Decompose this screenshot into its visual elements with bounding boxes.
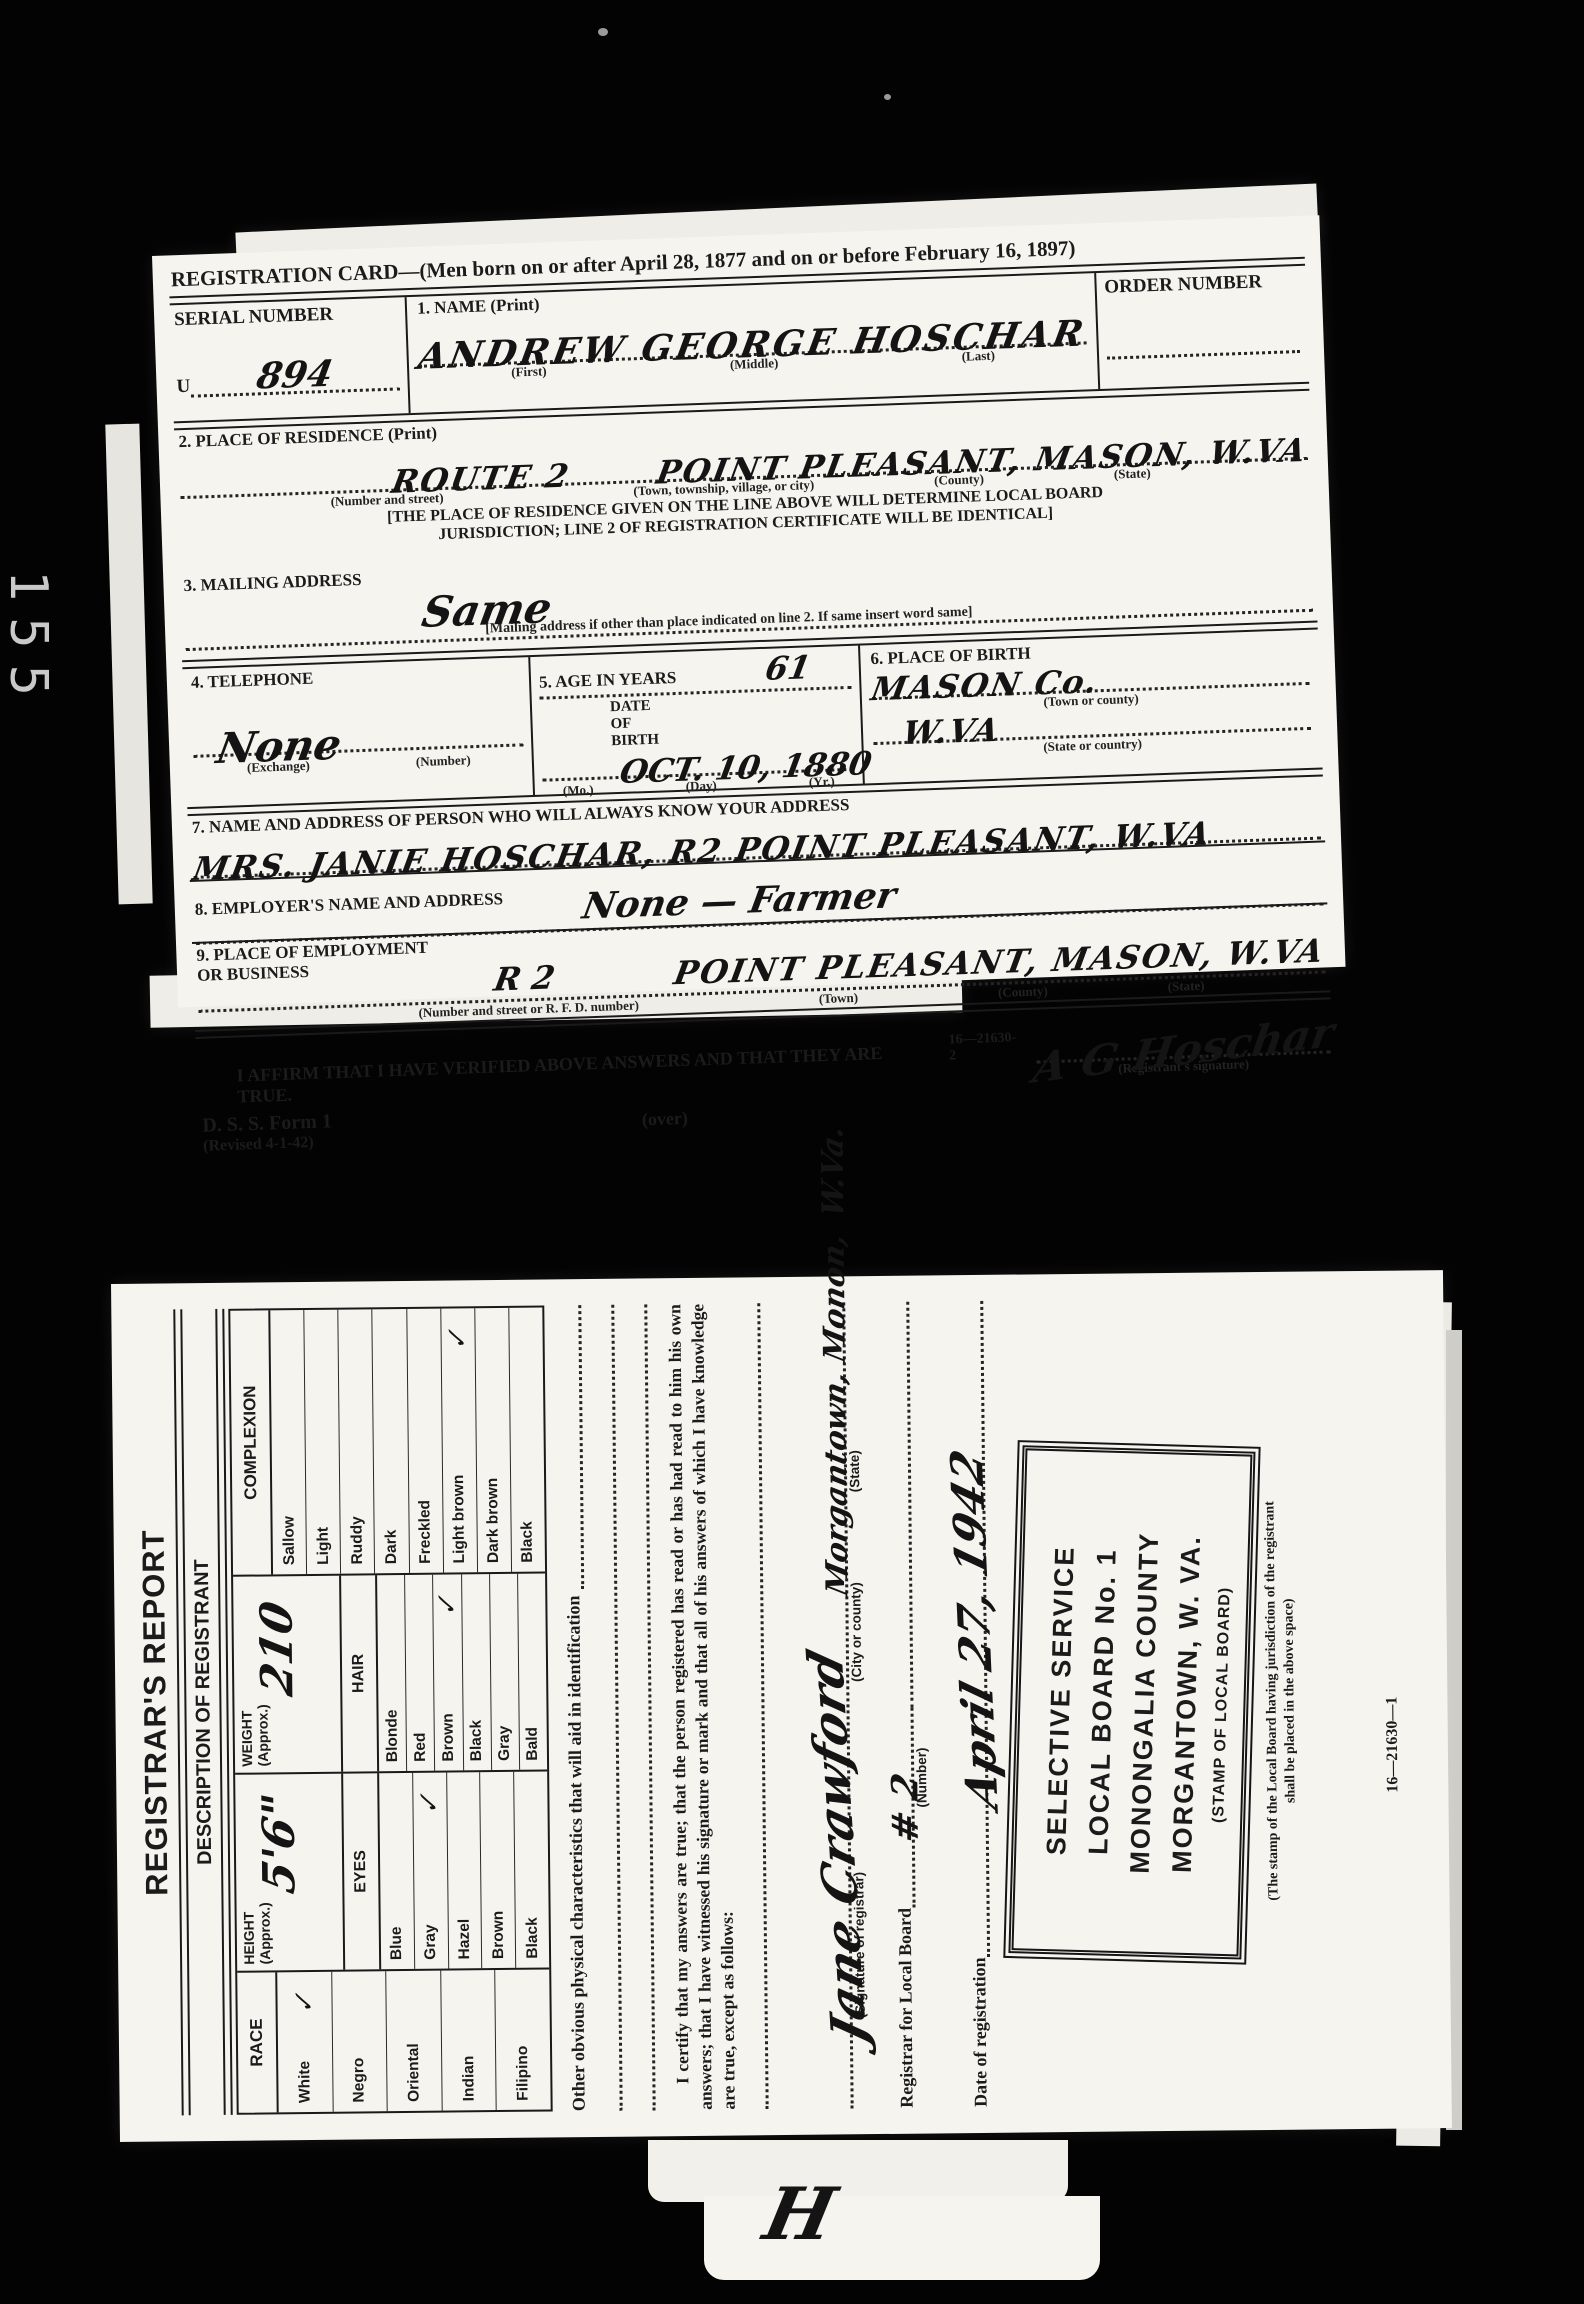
race-option-filipino: Filipino	[496, 1969, 551, 2110]
height-value: 5'6"	[257, 1790, 338, 1904]
race-option-white-check: ✓	[290, 1987, 318, 2015]
serial-number-label: SERIAL NUMBER	[174, 301, 398, 331]
front-form-code: 16—21630-2	[948, 1030, 1022, 1065]
complexion-column: COMPLEXION Sallow Light Ruddy Dark Freck…	[230, 1308, 545, 1577]
complexion-option-light: Light	[304, 1310, 341, 1574]
eyes-option-hazel: Hazel	[447, 1772, 483, 1968]
employment-sub-county: (County)	[998, 983, 1048, 1001]
eyes-option-gray-label: Gray	[422, 1924, 440, 1960]
birthplace-field: 6. PLACE OF BIRTH MASON Co. (Town or cou…	[860, 630, 1323, 784]
race-column: RACE White✓ Negro Oriental Indian Filipi…	[237, 1969, 550, 2112]
weight-hair-column: WEIGHT(Approx.) 210 HAIR Blonde Red Brow…	[233, 1574, 547, 1775]
eyes-option-hazel-label: Hazel	[456, 1919, 474, 1960]
race-option-oriental: Oriental	[386, 1971, 442, 2112]
eyes-option-blue: Blue	[379, 1773, 415, 1969]
name-value: ANDREW GEORGE HOSCHAR	[416, 315, 1089, 375]
complexion-option-light-brown-check: ✓	[444, 1323, 472, 1351]
film-speck	[884, 94, 891, 100]
complexion-option-sallow-label: Sallow	[280, 1516, 299, 1565]
serial-prefix: U	[176, 376, 190, 398]
hair-option-bald-label: Bald	[524, 1727, 542, 1761]
registrar-city: Morgantown, Monon,	[820, 1231, 854, 1598]
dob-label: DATE OF BIRTH	[610, 698, 660, 751]
telephone-value: None	[214, 724, 345, 771]
height-label: HEIGHT(Approx.)	[240, 1901, 339, 1964]
eyes-option-gray-check: ✓	[415, 1788, 443, 1816]
race-option-oriental-label: Oriental	[405, 2043, 424, 2102]
serial-value-line: 894	[189, 353, 400, 397]
registrar-signature-line: Jane Crawford Morgantown, Monon, W.Va.	[787, 1302, 854, 2109]
employment-street-value: R 2	[492, 961, 558, 995]
weight-sub: (Approx.)	[255, 1704, 272, 1766]
mailing-label: 3. MAILING ADDRESS	[183, 570, 362, 596]
mailing-value: Same	[419, 587, 555, 634]
age-dob-field: 5. AGE IN YEARS 61 DATE OF BIRTH OCT. 10…	[530, 646, 865, 795]
film-speck	[598, 28, 608, 36]
eyes-option-brown-label: Brown	[489, 1911, 508, 1959]
weight-label-text: WEIGHT	[238, 1711, 255, 1767]
card-tab	[648, 2140, 1068, 2202]
birthplace-state-value: W.VA	[900, 714, 1003, 750]
dob-value: OCT. 10, 1880	[617, 747, 874, 788]
telephone-field: 4. TELEPHONE None (Exchange) (Number)	[182, 657, 535, 807]
race-option-negro-label: Negro	[351, 2058, 369, 2103]
complexion-option-dark-brown: Dark brown	[475, 1308, 512, 1572]
employment-sub-town: (Town)	[819, 990, 859, 1007]
tab-index-letter: H	[758, 2178, 841, 2250]
height-field: HEIGHT(Approx.) 5'6"	[235, 1774, 345, 1971]
local-board-number: # 2	[887, 1770, 924, 1845]
height-eyes-column: HEIGHT(Approx.) 5'6" EYES Blue Gray✓ Haz…	[235, 1772, 549, 1973]
hair-option-gray-label: Gray	[496, 1726, 514, 1762]
registrant-signature-block: A G Hoschar (Registrant's signature)	[1035, 1006, 1332, 1079]
complexion-option-dark-label: Dark	[383, 1530, 401, 1565]
hair-option-bald: Bald	[518, 1574, 547, 1770]
form-id-block: D. S. S. Form 1 (Revised 4-1-42)	[202, 1110, 333, 1155]
registrars-report-title: REGISTRAR'S REPORT	[131, 1309, 177, 2115]
complexion-option-freckled: Freckled	[407, 1309, 444, 1573]
description-table: RACE White✓ Negro Oriental Indian Filipi…	[228, 1306, 552, 2115]
complexion-option-black: Black	[509, 1308, 545, 1572]
weight-label: WEIGHT(Approx.)	[238, 1703, 337, 1766]
birthplace-sub-state: (State or country)	[1043, 736, 1142, 755]
microfilm-scan: { "film_number": "155", "tab_letter": "H…	[0, 0, 1584, 2304]
form-revision: (Revised 4-1-42)	[203, 1133, 333, 1156]
hair-option-blonde: Blonde	[377, 1575, 407, 1771]
blank-dotted-line	[614, 1304, 655, 2110]
complexion-option-light-label: Light	[314, 1527, 332, 1565]
serial-number-box: SERIAL NUMBER U 894	[170, 297, 411, 421]
race-option-white-label: White	[296, 2061, 314, 2103]
local-board-stamp: SELECTIVE SERVICE LOCAL BOARD No. 1 MONO…	[1009, 1445, 1256, 1959]
eyes-option-gray: Gray✓	[413, 1773, 449, 1969]
telephone-sub-number: (Number)	[416, 752, 471, 770]
hair-option-brown-label: Brown	[439, 1713, 458, 1761]
eyes-option-blue-label: Blue	[388, 1926, 406, 1960]
employer-value: None — Farmer	[580, 877, 899, 924]
registrar-state: W.Va.	[819, 1123, 850, 1219]
race-option-indian: Indian	[441, 1970, 497, 2111]
height-label-text: HEIGHT	[241, 1912, 258, 1965]
race-option-white: White✓	[277, 1972, 333, 2113]
hair-option-brown-check: ✓	[433, 1590, 461, 1618]
serial-value: 894	[254, 356, 336, 395]
complexion-option-dark-brown-label: Dark brown	[484, 1478, 503, 1563]
eyes-option-brown: Brown	[481, 1772, 517, 1968]
eyes-option-black: Black	[514, 1772, 549, 1968]
complexion-option-light-brown: Light brown✓	[441, 1308, 478, 1572]
hair-option-gray: Gray	[490, 1574, 520, 1770]
complexion-header: COMPLEXION	[230, 1310, 273, 1574]
dob-sub-mo: (Mo.)	[563, 782, 594, 799]
employment-place-label: 9. PLACE OF EMPLOYMENT OR BUSINESS	[196, 938, 435, 986]
employment-sub-state: (State)	[1167, 978, 1204, 995]
race-option-filipino-label: Filipino	[514, 2046, 533, 2101]
age-value: 61	[763, 651, 813, 685]
local-board-label: Registrar for Local Board	[895, 1908, 918, 2108]
hair-header: HAIR	[341, 1575, 379, 1771]
registrar-certification-text: I certify that my answers are true; that…	[663, 1304, 740, 2111]
eyes-header: EYES	[343, 1773, 381, 1969]
registration-card-front: REGISTRATION CARD—(Men born on or after …	[152, 215, 1346, 1007]
hair-option-blonde-label: Blonde	[383, 1710, 402, 1763]
complexion-option-freckled-label: Freckled	[416, 1500, 435, 1564]
weight-value: 210	[255, 1598, 336, 1706]
name-field: 1. NAME (Print) ANDREW GEORGE HOSCHAR (F…	[407, 273, 1098, 413]
registration-date-value: April 27, 1942	[946, 1446, 1006, 1813]
registration-date-field: Date of registration April 27, 1942	[950, 1301, 991, 2107]
hair-option-black-label: Black	[468, 1720, 486, 1762]
weight-field: WEIGHT(Approx.) 210	[233, 1576, 343, 1773]
registration-card-back: REGISTRAR'S REPORT DESCRIPTION OF REGIST…	[111, 1270, 1452, 2142]
residence-street: ROUTE 2	[390, 459, 574, 497]
card-tab: H	[704, 2196, 1100, 2280]
hair-option-brown: Brown✓	[433, 1574, 463, 1770]
complexion-option-black-label: Black	[519, 1521, 537, 1563]
complexion-option-ruddy: Ruddy	[339, 1309, 376, 1573]
over-note: (over)	[642, 1108, 689, 1131]
order-number-box: ORDER NUMBER	[1094, 266, 1309, 389]
back-form-code: 16—21630—1	[1383, 1697, 1402, 1793]
complexion-option-light-brown-label: Light brown	[450, 1475, 469, 1564]
hair-option-black: Black	[462, 1574, 492, 1770]
stamp-caption: (The stamp of the Local Board having jur…	[1259, 1298, 1304, 2104]
hair-option-red-label: Red	[411, 1732, 429, 1761]
eyes-option-black-label: Black	[523, 1917, 541, 1959]
birthplace-town-value: MASON Co.	[869, 665, 1102, 705]
complexion-option-sallow: Sallow	[270, 1310, 307, 1574]
race-option-negro: Negro	[332, 1971, 388, 2112]
order-number-line	[1105, 292, 1300, 360]
hair-option-red: Red	[405, 1575, 435, 1771]
race-option-indian-label: Indian	[460, 2056, 478, 2102]
microfilm-frame-number: 155	[0, 570, 58, 630]
complexion-option-dark: Dark	[373, 1309, 410, 1573]
card-edge-sliver	[105, 424, 152, 905]
race-header: RACE	[237, 1972, 278, 2112]
registration-date-label: Date of registration	[969, 1957, 992, 2107]
complexion-option-ruddy-label: Ruddy	[348, 1516, 367, 1564]
height-sub: (Approx.)	[257, 1902, 274, 1964]
